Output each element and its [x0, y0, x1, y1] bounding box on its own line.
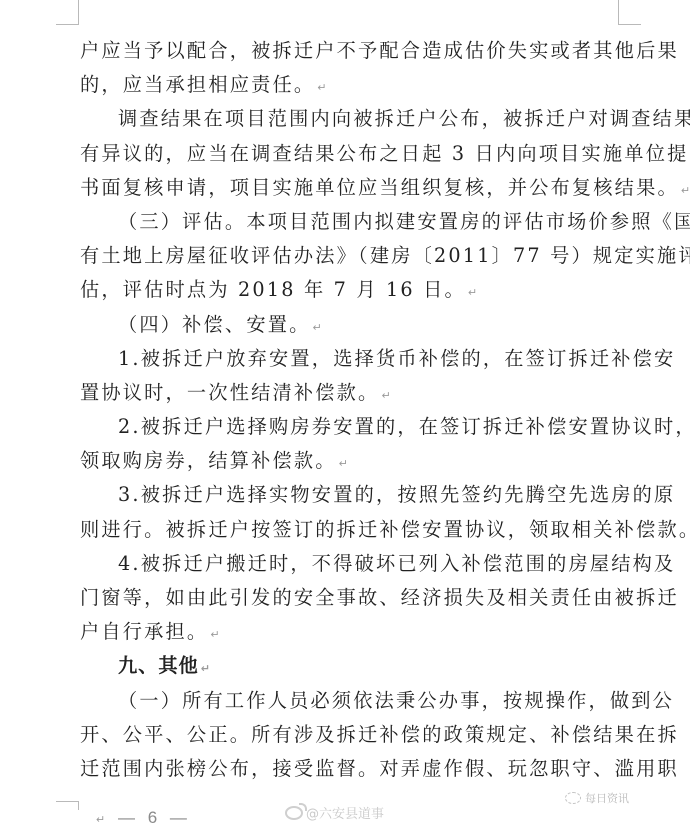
- line-text: 有异议的，应当在调查结果公布之日起 3 日内向项目实施单位提出: [80, 142, 690, 165]
- line-text: 2.被拆迁户选择购房券安置的，在签订拆迁补偿安置协议时，: [118, 415, 690, 438]
- page-number: 6: [148, 808, 161, 827]
- text-line: 开、公平、公正。所有涉及拆迁补偿的政策规定、补偿结果在拆: [80, 718, 625, 752]
- paragraph-mark-icon: ↵: [339, 457, 348, 470]
- page-footer: ↵ — 6 —: [96, 808, 191, 828]
- weibo-watermark-text: @六安县道事: [306, 803, 384, 822]
- line-text: 户自行承担。: [80, 620, 208, 643]
- line-text: 估，评估时点为 2018 年 7 月 16 日。: [80, 278, 466, 301]
- text-line: 有土地上房屋征收评估办法》（建房〔2011〕77 号）规定实施评: [80, 239, 625, 273]
- paragraph-mark-icon: ↵: [681, 184, 690, 197]
- text-line: 2.被拆迁户选择购房券安置的，在签订拆迁补偿安置协议时，: [80, 410, 625, 444]
- text-line: 迁范围内张榜公布，接受监督。对弄虚作假、玩忽职守、滥用职: [80, 752, 625, 786]
- text-line: 户应当予以配合，被拆迁户不予配合造成估价失实或者其他后果: [80, 34, 625, 68]
- paragraph-mark-icon: ↵: [317, 81, 326, 94]
- document-body: 户应当予以配合，被拆迁户不予配合造成估价失实或者其他后果的，应当承担相应责任。↵…: [80, 34, 625, 786]
- paragraph-mark-icon: ↵: [96, 814, 109, 826]
- text-line: 领取购房券，结算补偿款。↵: [80, 444, 625, 478]
- line-text: 门窗等，如由此引发的安全事故、经济损失及相关责任由被拆迁: [80, 586, 679, 609]
- text-line: 估，评估时点为 2018 年 7 月 16 日。↵: [80, 273, 625, 307]
- line-text: 迁范围内张榜公布，接受监督。对弄虚作假、玩忽职守、滥用职: [80, 757, 679, 780]
- wechat-watermark: 每日资讯: [565, 790, 629, 806]
- line-text: 则进行。被拆迁户按签订的拆迁补偿安置协议，领取相关补偿款。: [80, 518, 690, 541]
- text-line: （三）评估。本项目范围内拟建安置房的评估市场价参照《国: [80, 205, 625, 239]
- line-text: 的，应当承担相应责任。: [80, 73, 315, 96]
- line-text: 户应当予以配合，被拆迁户不予配合造成估价失实或者其他后果: [80, 39, 679, 62]
- text-line: 的，应当承担相应责任。↵: [80, 68, 625, 102]
- bottom-left-margin-mark: [56, 801, 79, 810]
- line-text: 书面复核申请，项目实施单位应当组织复核，并公布复核结果。: [80, 176, 679, 199]
- wechat-watermark-text: 每日资讯: [585, 790, 629, 806]
- paragraph-mark-icon: ↵: [201, 662, 210, 675]
- text-line: 置协议时，一次性结清补偿款。↵: [80, 376, 625, 410]
- text-line: （四）补偿、安置。↵: [80, 308, 625, 342]
- weibo-icon: [285, 806, 303, 820]
- line-text: （四）补偿、安置。: [118, 313, 311, 336]
- section-heading: 九、其他↵: [80, 649, 625, 683]
- dash-left: —: [118, 808, 139, 827]
- paragraph-mark-icon: ↵: [313, 321, 322, 334]
- line-text: 4.被拆迁户搬迁时，不得破坏已列入补偿范围的房屋结构及: [118, 552, 675, 575]
- text-line: 书面复核申请，项目实施单位应当组织复核，并公布复核结果。↵: [80, 171, 625, 205]
- line-text: （三）评估。本项目范围内拟建安置房的评估市场价参照《国: [118, 210, 690, 233]
- top-right-margin-mark: [618, 0, 641, 25]
- wechat-icon: [565, 792, 581, 804]
- line-text: 九、其他: [118, 654, 199, 677]
- line-text: 置协议时，一次性结清补偿款。: [80, 381, 379, 404]
- document-page: 户应当予以配合，被拆迁户不予配合造成估价失实或者其他后果的，应当承担相应责任。↵…: [0, 0, 690, 831]
- text-line: 门窗等，如由此引发的安全事故、经济损失及相关责任由被拆迁: [80, 581, 625, 615]
- line-text: 领取购房券，结算补偿款。: [80, 449, 337, 472]
- dash-right: —: [170, 808, 191, 827]
- line-text: 有土地上房屋征收评估办法》（建房〔2011〕77 号）规定实施评: [80, 244, 690, 267]
- text-line: 调查结果在项目范围内向被拆迁户公布，被拆迁户对调查结果: [80, 102, 625, 136]
- line-text: 3.被拆迁户选择实物安置的，按照先签约先腾空先选房的原: [118, 483, 675, 506]
- text-line: 户自行承担。↵: [80, 615, 625, 649]
- paragraph-mark-icon: ↵: [210, 628, 219, 641]
- top-left-margin-mark: [56, 0, 79, 25]
- text-line: 有异议的，应当在调查结果公布之日起 3 日内向项目实施单位提出: [80, 137, 625, 171]
- text-line: 4.被拆迁户搬迁时，不得破坏已列入补偿范围的房屋结构及: [80, 547, 625, 581]
- line-text: 调查结果在项目范围内向被拆迁户公布，被拆迁户对调查结果: [118, 107, 690, 130]
- text-line: （一）所有工作人员必须依法秉公办事，按规操作，做到公: [80, 684, 625, 718]
- paragraph-mark-icon: ↵: [381, 389, 390, 402]
- weibo-watermark: @六安县道事: [285, 803, 384, 822]
- text-line: 则进行。被拆迁户按签订的拆迁补偿安置协议，领取相关补偿款。↵: [80, 513, 625, 547]
- line-text: 1.被拆迁户放弃安置，选择货币补偿的，在签订拆迁补偿安: [118, 347, 675, 370]
- line-text: （一）所有工作人员必须依法秉公办事，按规操作，做到公: [118, 689, 674, 712]
- text-line: 1.被拆迁户放弃安置，选择货币补偿的，在签订拆迁补偿安: [80, 342, 625, 376]
- text-line: 3.被拆迁户选择实物安置的，按照先签约先腾空先选房的原: [80, 478, 625, 512]
- paragraph-mark-icon: ↵: [468, 286, 477, 299]
- line-text: 开、公平、公正。所有涉及拆迁补偿的政策规定、补偿结果在拆: [80, 723, 679, 746]
